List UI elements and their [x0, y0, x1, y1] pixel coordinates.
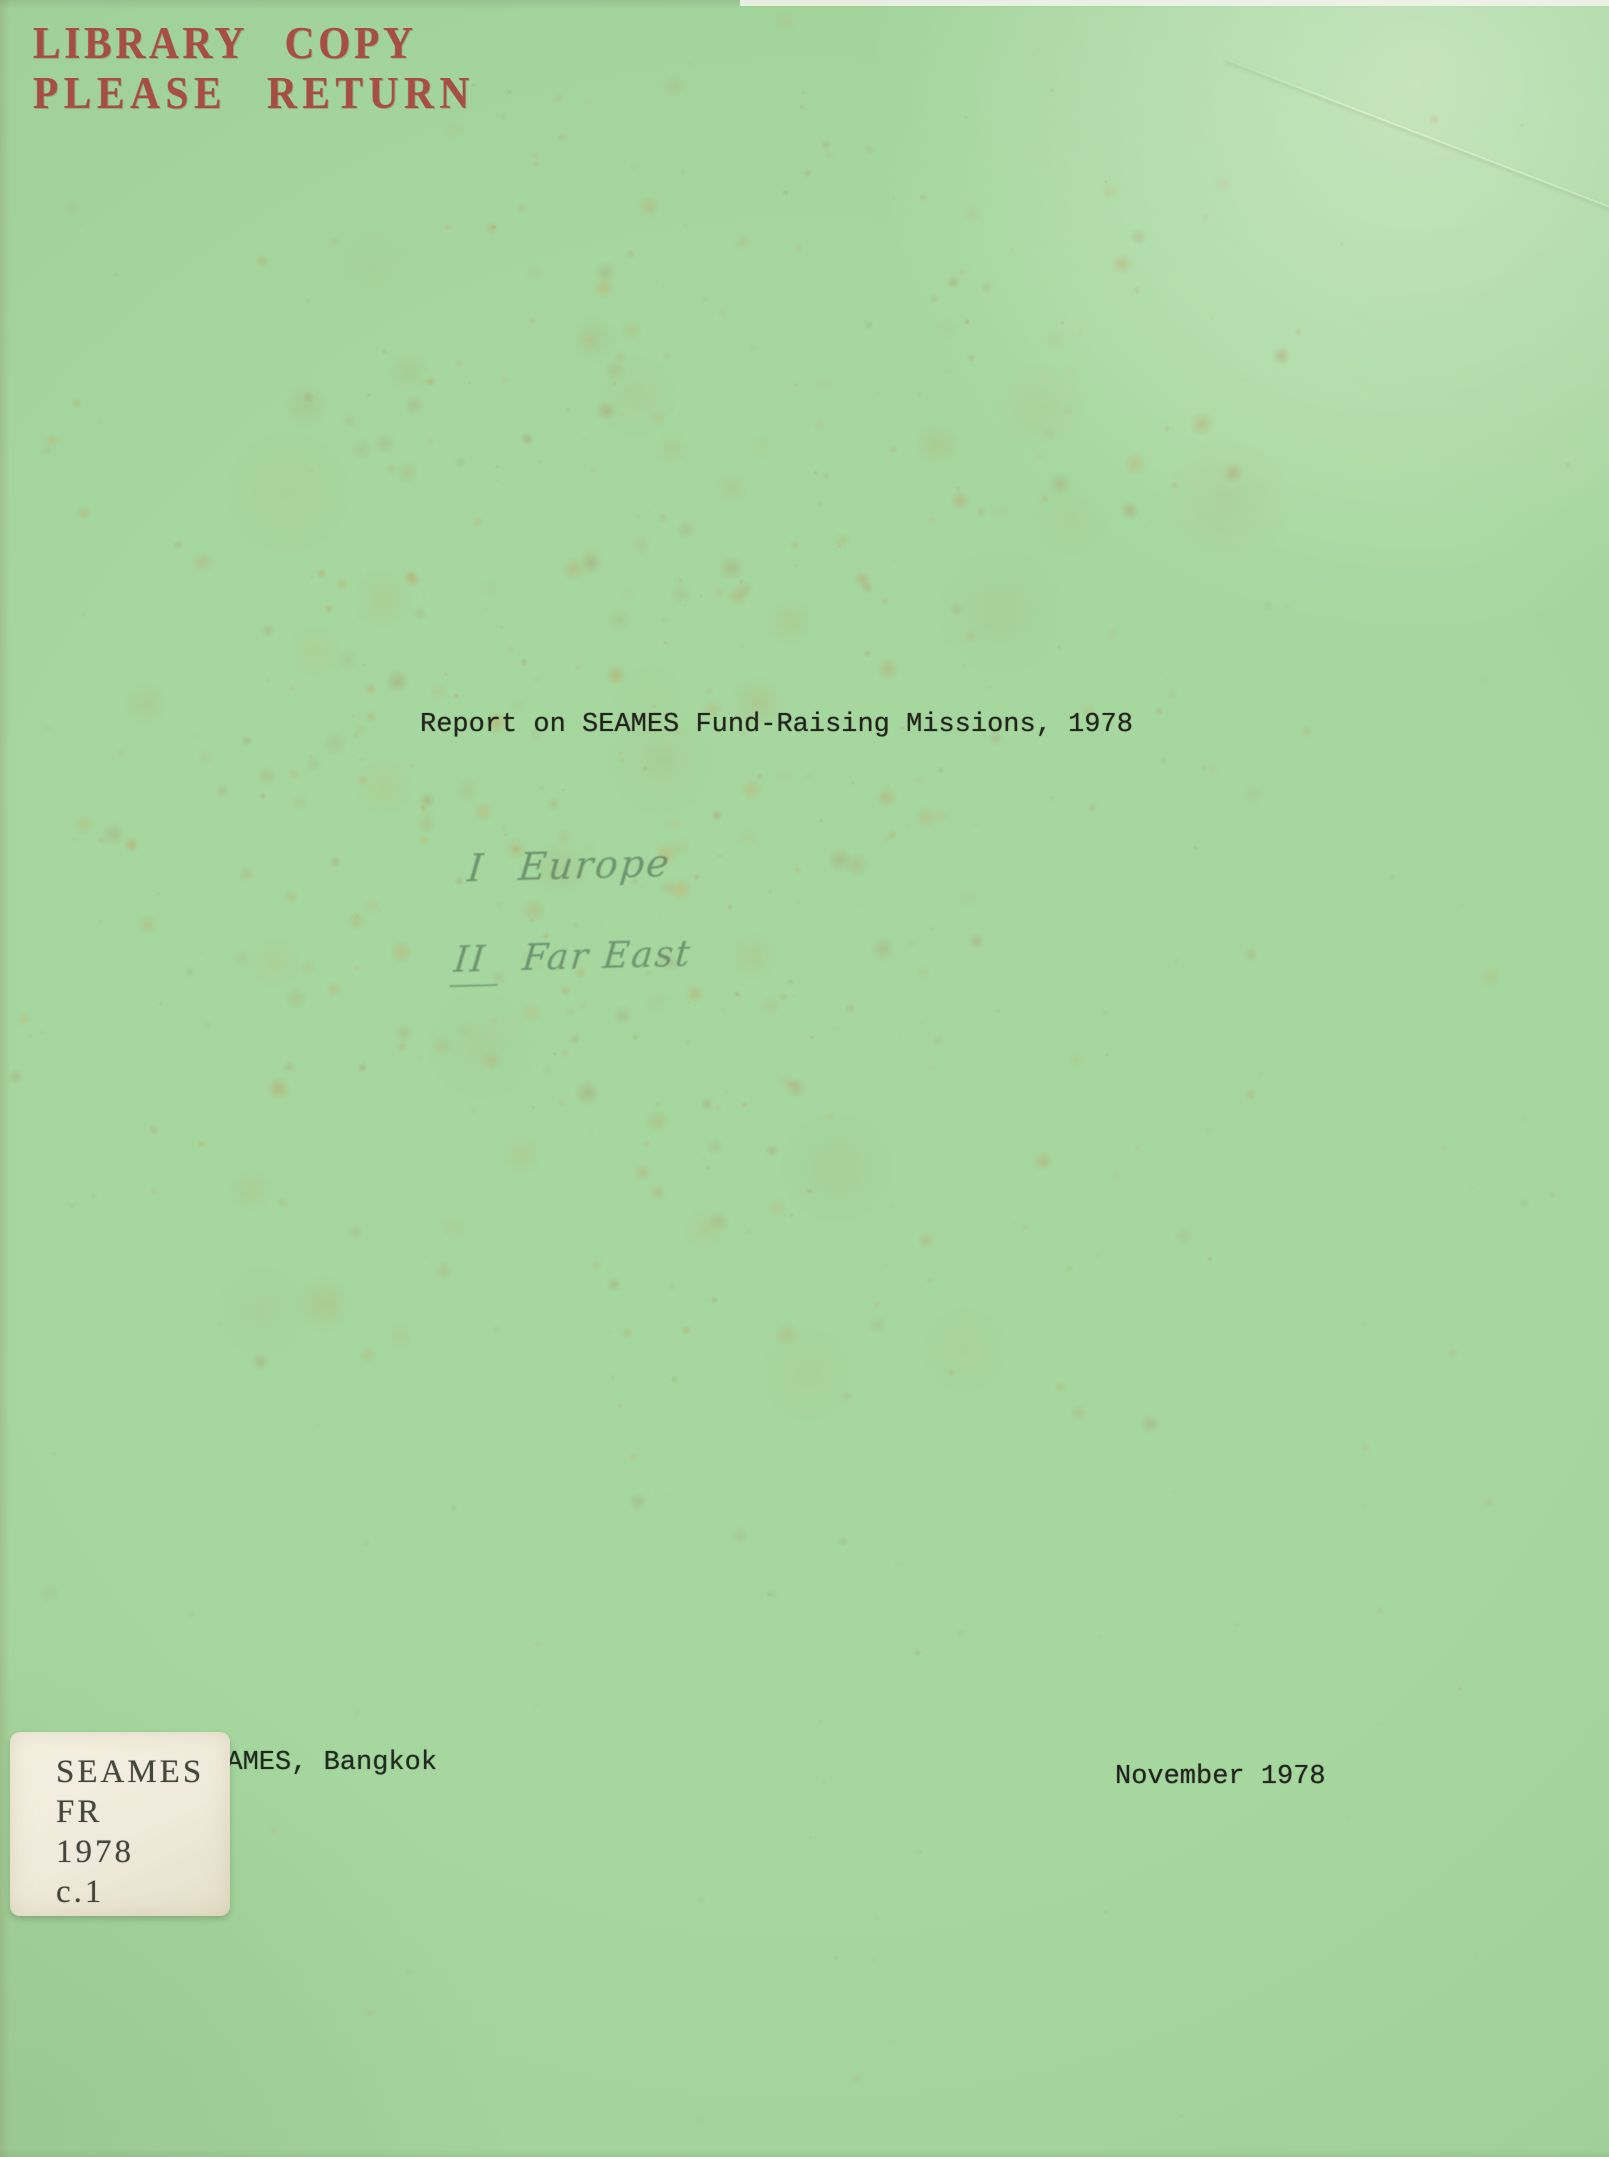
foxing-spot: [818, 1719, 824, 1725]
foxing-spot: [733, 990, 740, 997]
foxing-spot: [1095, 1253, 1100, 1258]
stamp-line-1: LIBRARY COPY: [33, 18, 475, 68]
call-number-line: SEAMES: [56, 1752, 230, 1792]
foxing-spot: [371, 925, 375, 929]
foxing-spot: [811, 1014, 815, 1018]
foxing-spot: [719, 1006, 727, 1014]
foxing-spot: [1203, 1126, 1213, 1136]
foxing-spot: [861, 581, 875, 595]
foxing-spot: [455, 777, 480, 802]
foxing-spot: [113, 271, 120, 278]
foxing-spot: [662, 74, 686, 98]
foxing-spot: [727, 904, 733, 910]
foxing-spot: [801, 90, 806, 95]
foxing-spot: [870, 936, 896, 962]
foxing-spot: [499, 625, 503, 629]
foxing-spot: [621, 412, 625, 416]
foxing-spot: [685, 984, 704, 1003]
foxing-spot: [537, 459, 543, 465]
foxing-spot: [1112, 253, 1134, 275]
foxing-spot: [322, 731, 348, 757]
foxing-spot: [1457, 1686, 1463, 1692]
foxing-spot: [101, 822, 126, 847]
foxing-spot: [741, 1101, 748, 1108]
handwritten-numeral: II: [449, 939, 502, 987]
foxing-spot: [68, 1202, 76, 1210]
foxing-spot: [935, 317, 960, 342]
foxing-spot: [605, 664, 627, 686]
foxing-spot: [350, 714, 356, 720]
foxing-spot: [484, 221, 499, 236]
foxing-spot: [1048, 794, 1056, 802]
foxing-spot: [766, 1197, 787, 1218]
foxing-spot: [815, 376, 832, 393]
foxing-spot: [889, 1202, 897, 1210]
foxing-spot: [241, 735, 253, 747]
foxing-spot: [927, 1063, 936, 1072]
foxing-spot: [360, 757, 365, 762]
handwritten-label: Far East: [520, 934, 693, 980]
foxing-spot: [356, 773, 370, 787]
foxing-spot: [701, 295, 709, 303]
foxing-spot: [662, 351, 673, 362]
foxing-spot: [645, 989, 671, 1015]
foxing-spot: [520, 658, 528, 666]
foxing-spot: [42, 445, 53, 456]
foxing-spot: [1103, 1909, 1109, 1915]
foxing-spot: [124, 682, 168, 726]
foxing-spot: [1062, 405, 1073, 416]
foxing-spot: [521, 898, 547, 924]
foxing-spot: [837, 544, 843, 550]
foxing-spot: [1062, 363, 1080, 381]
foxing-spot: [677, 577, 684, 584]
foxing-spot: [687, 1000, 692, 1005]
foxing-spot: [366, 392, 372, 398]
foxing-spot: [329, 856, 342, 869]
foxing-spot: [276, 1083, 281, 1088]
foxing-spot: [653, 1491, 658, 1496]
foxing-spot: [748, 343, 757, 352]
foxing-spot: [700, 1097, 714, 1111]
foxing-spot: [363, 897, 381, 915]
foxing-spot: [516, 202, 528, 214]
foxing-spot: [525, 263, 544, 282]
foxing-spot: [767, 888, 774, 895]
foxing-spot: [670, 409, 673, 412]
foxing-spot: [979, 280, 995, 296]
foxing-spot: [404, 569, 416, 581]
foxing-spot: [564, 1006, 576, 1018]
foxing-spot: [362, 1538, 371, 1547]
foxing-spot: [28, 1034, 33, 1039]
foxing-spot: [680, 169, 684, 173]
foxing-spot: [351, 731, 360, 740]
foxing-spot: [1065, 1264, 1074, 1273]
foxing-spot: [705, 1165, 711, 1171]
foxing-spot: [72, 837, 76, 841]
foxing-spot: [749, 434, 775, 460]
foxing-spot: [403, 394, 425, 416]
call-number-line: c.1: [56, 1872, 230, 1912]
foxing-spot: [662, 640, 668, 646]
foxing-spot: [618, 753, 623, 758]
foxing-spot: [284, 986, 308, 1010]
foxing-spot: [964, 115, 968, 119]
foxing-spot: [453, 693, 459, 699]
handwritten-label: Europe: [517, 841, 673, 889]
foxing-spot: [651, 748, 676, 773]
foxing-spot: [571, 921, 579, 929]
foxing-spot: [364, 2007, 375, 2018]
foxing-spot: [612, 381, 617, 386]
foxing-spot: [197, 1139, 206, 1148]
foxing-spot: [560, 1048, 570, 1058]
foxing-spot: [905, 938, 917, 950]
foxing-spot: [260, 623, 274, 637]
foxing-spot: [194, 733, 200, 739]
foxing-spot: [594, 260, 618, 284]
foxing-spot: [385, 463, 397, 475]
foxing-spot: [158, 1001, 163, 1006]
foxing-spot: [853, 570, 872, 589]
foxing-spot: [1158, 755, 1168, 765]
foxing-spot: [350, 438, 373, 461]
foxing-spot: [1144, 850, 1150, 856]
foxing-spot: [619, 757, 626, 764]
foxing-spot: [394, 1023, 414, 1043]
foxing-spot: [329, 236, 340, 247]
foxing-spot: [931, 1034, 945, 1048]
foxing-spot: [300, 688, 311, 699]
foxing-spot: [844, 852, 869, 877]
foxing-spot: [1483, 1496, 1495, 1508]
foxing-spot: [1104, 180, 1108, 184]
foxing-spot: [956, 1628, 966, 1638]
foxing-spot: [710, 1296, 718, 1304]
library-call-number-label: SEAMES FR 1978 c.1: [10, 1732, 230, 1916]
foxing-spot: [737, 580, 755, 598]
foxing-spot: [1189, 411, 1215, 437]
foxing-spot: [1120, 500, 1140, 520]
foxing-spot: [577, 1001, 588, 1012]
foxing-spot: [41, 723, 52, 734]
foxing-spot: [946, 1367, 957, 1378]
foxing-spot: [1239, 376, 1247, 384]
foxing-spot: [1173, 1226, 1194, 1247]
foxing-spot: [494, 478, 499, 483]
foxing-spot: [503, 832, 508, 837]
foxing-spot: [1272, 346, 1292, 366]
foxing-spot: [260, 793, 267, 800]
foxing-spot: [390, 844, 394, 848]
foxing-spot: [1165, 677, 1169, 681]
foxing-spot: [365, 572, 370, 577]
foxing-spot: [1106, 627, 1121, 642]
foxing-spot: [882, 835, 891, 844]
foxing-spot: [506, 645, 517, 656]
foxing-spot: [606, 1277, 622, 1293]
foxing-spot: [683, 1038, 692, 1047]
foxing-spot: [955, 486, 961, 492]
foxing-spot: [506, 89, 512, 95]
foxing-spot: [915, 774, 925, 784]
foxing-spot: [1178, 2113, 1184, 2119]
foxing-spot: [699, 594, 703, 598]
foxing-spot: [569, 1033, 581, 1045]
foxing-spot: [917, 1848, 924, 1855]
foxing-spot: [441, 1215, 465, 1239]
foxing-spot: [1054, 1381, 1067, 1394]
foxing-spot: [1008, 246, 1015, 253]
foxing-spot: [1160, 437, 1292, 569]
foxing-spot: [408, 763, 414, 769]
foxing-spot: [697, 2115, 705, 2123]
foxing-spot: [1030, 50, 1037, 57]
foxing-spot: [876, 391, 881, 396]
call-number-line: 1978: [56, 1832, 230, 1872]
foxing-spot: [995, 1008, 1001, 1014]
foxing-spot: [765, 1144, 779, 1158]
foxing-spot: [561, 557, 586, 582]
foxing-spot: [920, 1305, 1010, 1395]
foxing-spot: [354, 723, 368, 737]
foxing-spot: [875, 786, 898, 809]
foxing-spot: [916, 422, 961, 467]
foxing-spot: [946, 275, 961, 290]
foxing-spot: [1244, 1088, 1257, 1101]
foxing-spot: [358, 1063, 367, 1072]
handwritten-annotation-europe: IEurope: [466, 841, 673, 890]
foxing-spot: [429, 682, 448, 701]
foxing-spot: [727, 585, 749, 607]
foxing-spot: [819, 818, 824, 823]
foxing-spot: [291, 794, 307, 810]
foxing-spot: [90, 1192, 98, 1200]
foxing-spot: [593, 353, 680, 440]
foxing-spot: [51, 697, 55, 701]
foxing-spot: [123, 836, 140, 853]
foxing-spot: [417, 816, 436, 835]
foxing-spot: [1212, 173, 1233, 194]
foxing-spot: [766, 598, 814, 646]
foxing-spot: [7, 1068, 24, 1085]
foxing-spot: [813, 470, 818, 475]
foxing-spot: [958, 888, 978, 908]
foxing-spot: [976, 506, 988, 518]
foxing-spot: [1243, 784, 1264, 805]
foxing-spot: [1519, 1198, 1530, 1209]
foxing-spot: [97, 835, 107, 845]
foxing-spot: [873, 1914, 881, 1922]
foxing-spot: [1101, 182, 1119, 200]
foxing-spot: [693, 873, 701, 881]
foxing-spot: [804, 772, 813, 781]
foxing-spot: [288, 768, 300, 780]
foxing-spot: [222, 427, 354, 559]
foxing-spot: [38, 1582, 60, 1604]
foxing-spot: [1262, 600, 1273, 611]
foxing-spot: [1143, 525, 1147, 529]
foxing-spot: [422, 1254, 427, 1259]
foxing-spot: [249, 937, 300, 988]
foxing-spot: [579, 551, 602, 574]
library-stamp: LIBRARY COPY PLEASE RETURN: [33, 18, 475, 118]
foxing-spot: [898, 1033, 902, 1037]
foxing-spot: [22, 644, 27, 649]
foxing-spot: [136, 914, 158, 936]
foxing-spot: [649, 1184, 665, 1200]
foxing-spot: [954, 639, 959, 644]
foxing-spot: [1172, 1491, 1175, 1494]
foxing-spot: [914, 805, 939, 830]
foxing-spot: [80, 611, 86, 617]
foxing-spot: [1439, 1142, 1450, 1153]
foxing-spot: [1548, 1190, 1557, 1199]
foxing-spot: [789, 1213, 794, 1218]
foxing-spot: [886, 784, 890, 788]
foxing-spot: [450, 1504, 458, 1512]
foxing-spot: [281, 381, 329, 429]
foxing-spot: [232, 949, 252, 969]
foxing-spot: [1521, 1116, 1528, 1123]
foxing-spot: [613, 1005, 633, 1025]
foxing-spot: [681, 1325, 691, 1335]
foxing-spot: [1095, 1633, 1103, 1641]
foxing-spot: [358, 615, 362, 619]
foxing-spot: [456, 1021, 473, 1038]
foxing-spot: [809, 1035, 814, 1040]
foxing-spot: [156, 891, 161, 896]
foxing-spot: [1030, 478, 1111, 559]
foxing-spot: [1343, 1814, 1352, 1823]
foxing-spot: [1016, 825, 1023, 832]
foxing-spot: [269, 1827, 278, 1836]
foxing-spot: [538, 785, 545, 792]
foxing-spot: [1243, 947, 1258, 962]
foxing-spot: [596, 919, 604, 927]
foxing-spot: [641, 1739, 644, 1742]
foxing-spot: [740, 644, 745, 649]
foxing-spot: [745, 1226, 754, 1235]
foxing-spot: [961, 203, 983, 225]
foxing-spot: [851, 781, 855, 785]
foxing-spot: [328, 221, 424, 317]
foxing-spot: [778, 1073, 795, 1090]
foxing-spot: [791, 993, 796, 998]
foxing-spot: [276, 1196, 289, 1209]
foxing-spot: [837, 1536, 848, 1547]
foxing-spot: [483, 607, 489, 613]
foxing-spot: [444, 672, 448, 676]
foxing-spot: [1132, 285, 1142, 295]
foxing-spot: [871, 1957, 877, 1963]
foxing-spot: [96, 420, 102, 426]
foxing-spot: [820, 139, 831, 150]
foxing-spot: [266, 1076, 291, 1101]
foxing-spot: [858, 904, 862, 908]
foxing-spot: [1388, 873, 1398, 883]
foxing-spot: [915, 965, 931, 981]
foxing-spot: [707, 1210, 731, 1234]
foxing-spot: [887, 830, 896, 839]
foxing-spot: [834, 531, 851, 548]
foxing-spot: [1201, 764, 1208, 771]
foxing-spot: [714, 1104, 722, 1112]
foxing-spot: [148, 1124, 159, 1135]
foxing-spot: [405, 1968, 412, 1975]
foxing-spot: [665, 814, 686, 835]
foxing-spot: [641, 552, 645, 556]
foxing-spot: [308, 754, 313, 759]
foxing-spot: [424, 988, 540, 1104]
foxing-spot: [729, 1526, 749, 1546]
foxing-spot: [389, 940, 413, 964]
foxing-spot: [626, 249, 636, 259]
foxing-spot: [553, 92, 565, 104]
foxing-spot: [532, 674, 542, 684]
foxing-spot: [667, 1493, 672, 1498]
foxing-spot: [1123, 452, 1147, 476]
foxing-spot: [645, 1109, 670, 1134]
foxing-spot: [629, 1452, 638, 1461]
foxing-spot: [655, 1101, 660, 1106]
foxing-spot: [629, 1492, 647, 1510]
foxing-spot: [416, 807, 435, 826]
foxing-spot: [283, 1060, 296, 1073]
foxing-spot: [574, 664, 581, 671]
foxing-spot: [472, 516, 484, 528]
foxing-spot: [1284, 603, 1290, 609]
foxing-spot: [316, 568, 328, 580]
foxing-spot: [302, 391, 314, 403]
foxing-spot: [102, 538, 108, 544]
foxing-spot: [1193, 845, 1197, 849]
foxing-spot: [502, 1135, 542, 1175]
foxing-spot: [949, 602, 964, 617]
foxing-spot: [937, 766, 945, 774]
foxing-spot: [620, 586, 636, 602]
foxing-spot: [116, 747, 127, 758]
foxing-spot: [1048, 472, 1073, 497]
foxing-spot: [346, 911, 367, 932]
foxing-spot: [773, 10, 797, 34]
foxing-spot: [574, 1080, 600, 1106]
foxing-spot: [816, 501, 822, 507]
foxing-spot: [494, 465, 498, 469]
foxing-spot: [738, 828, 758, 848]
foxing-spot: [621, 1327, 633, 1339]
foxing-spot: [351, 753, 356, 758]
foxing-spot: [342, 413, 358, 429]
foxing-spot: [994, 360, 1088, 454]
foxing-spot: [1447, 1347, 1459, 1359]
foxing-spot: [824, 1112, 835, 1123]
foxing-spot: [794, 243, 804, 253]
foxing-spot: [191, 550, 214, 573]
foxing-spot: [1360, 1503, 1368, 1511]
foxing-spot: [1208, 763, 1220, 775]
foxing-spot: [1206, 1255, 1212, 1261]
foxing-spot: [315, 1423, 320, 1428]
foxing-spot: [851, 2073, 863, 2085]
foxing-spot: [561, 788, 565, 792]
foxing-spot: [454, 358, 464, 368]
foxing-spot: [945, 367, 954, 376]
foxing-spot: [631, 1033, 639, 1041]
foxing-spot: [1057, 645, 1061, 649]
foxing-spot: [215, 1319, 224, 1328]
